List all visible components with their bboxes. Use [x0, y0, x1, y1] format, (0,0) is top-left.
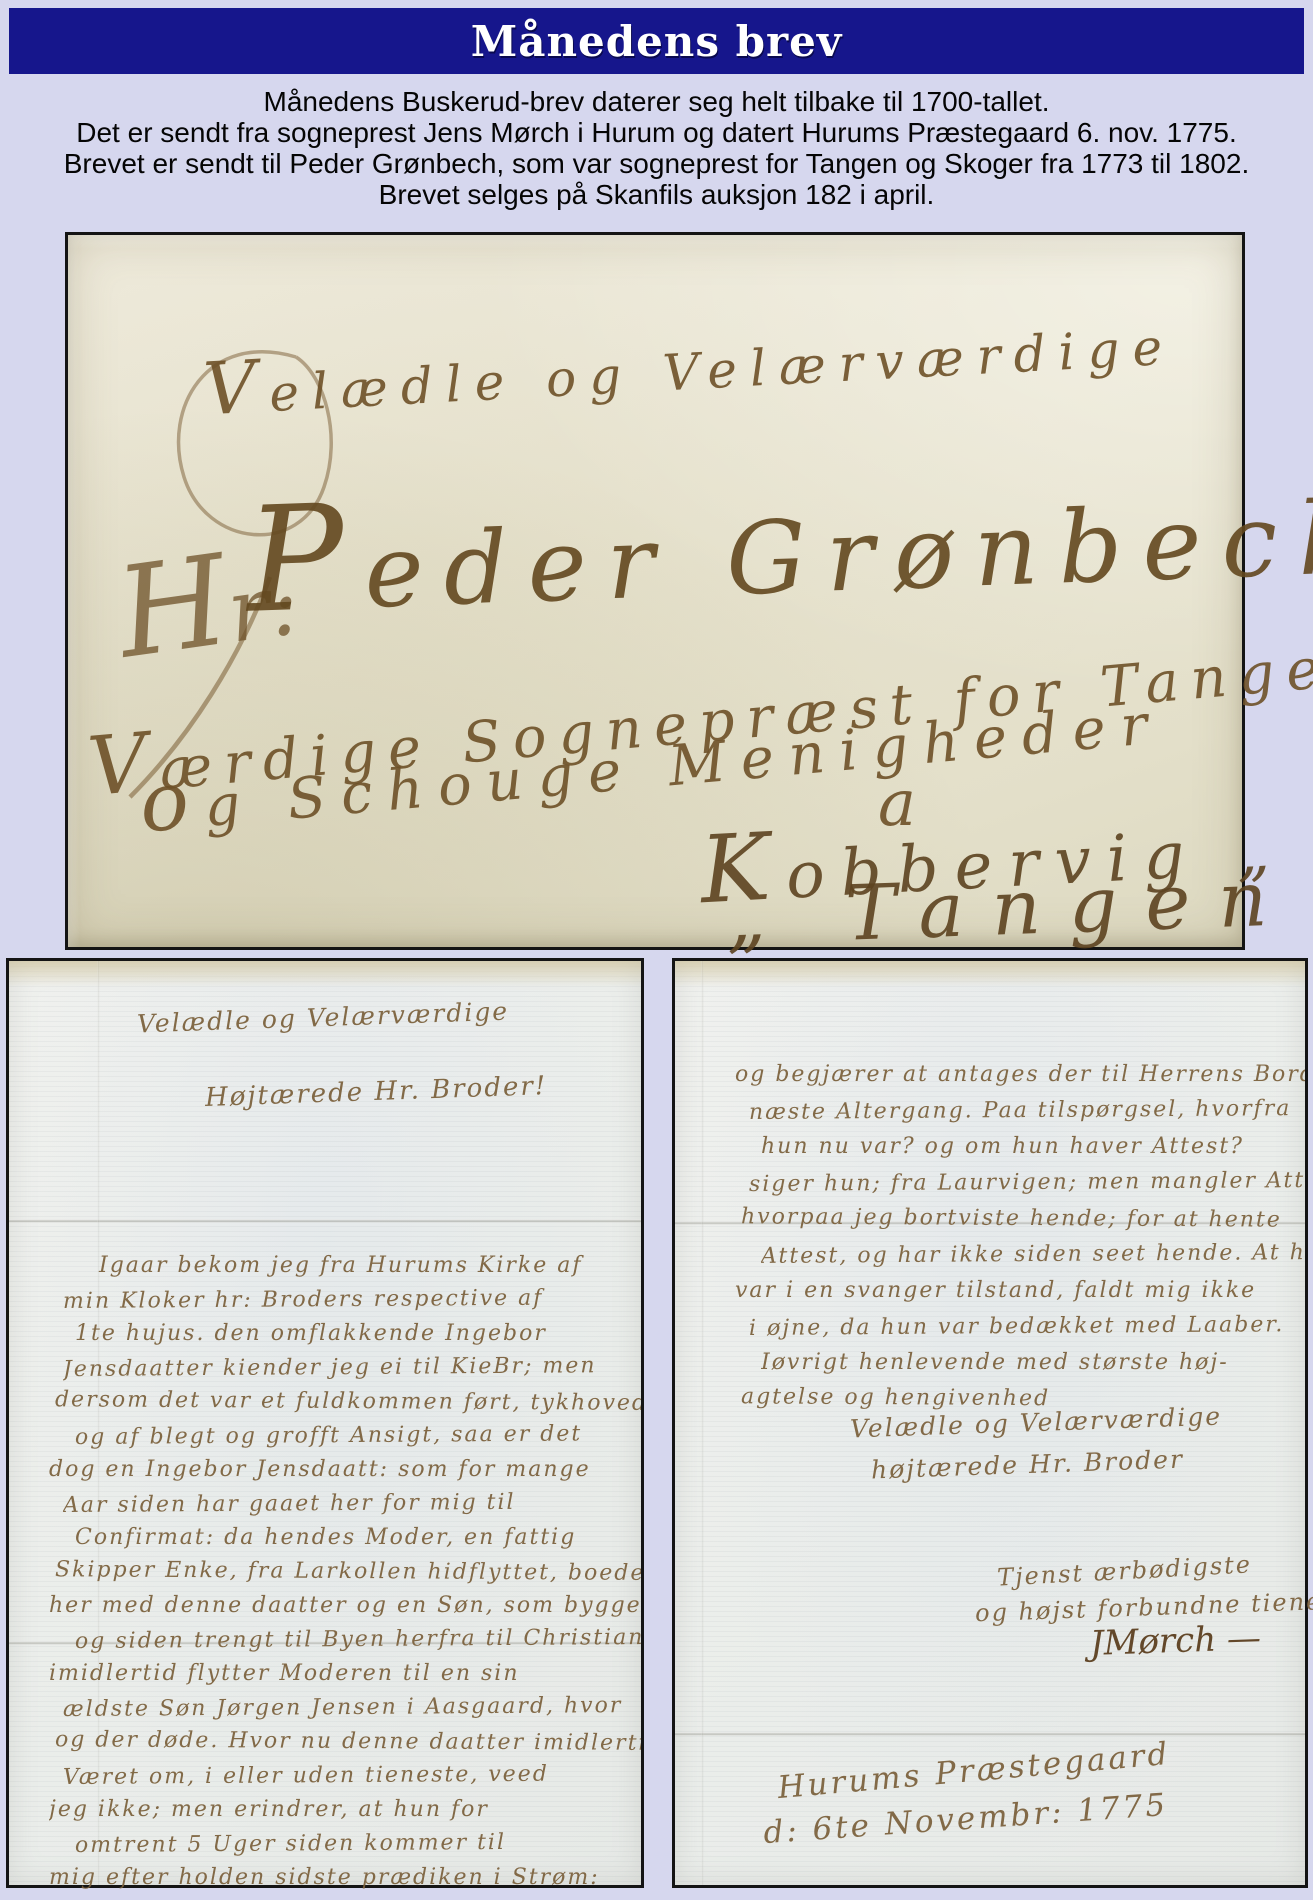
handwriting-line: her med denne daatter og en Søn, som byg…	[49, 1589, 641, 1623]
handwriting-line: Været om, i eller uden tieneste, veed	[63, 1757, 641, 1795]
valediction-line: Tjenst ærbødigste	[996, 1550, 1252, 1591]
handwriting-line: næste Altergang. Paa tilspørgsel, hvorfr…	[749, 1091, 1305, 1131]
page-title: Månedens brev	[471, 17, 842, 66]
handwriting-line: og der døde. Hvor nu denne daatter imidl…	[55, 1723, 641, 1761]
signature: JMørch —	[1089, 1618, 1261, 1664]
handwriting-line: mig efter holden sidste prædiken i Strøm…	[49, 1861, 641, 1895]
handwriting-line: i øjne, da hun var bedækket med Laaber.	[749, 1307, 1305, 1347]
handwriting-line: 1te hujus. den omflakkende Ingebor	[75, 1317, 641, 1351]
handwriting-line: dog en Ingebor Jensdaatt: som for mange	[49, 1453, 641, 1487]
page: Månedens brev Månedens Buskerud-brev dat…	[0, 0, 1313, 1900]
handwriting-line: og begjærer at antages der til Herrens B…	[735, 1057, 1305, 1093]
handwriting-line: Igaar bekom jeg fra Hurums Kirke af	[49, 1249, 641, 1283]
handwriting-line: og siden trengt til Byen herfra til Chri…	[75, 1621, 641, 1659]
intro-line: Det er sendt fra sogneprest Jens Mørch i…	[0, 117, 1313, 148]
handwriting-line: siger hun; fra Laurvigen; men mangler At…	[749, 1163, 1305, 1203]
salutation-line: Velædle og Velærværdige	[137, 997, 510, 1039]
handwriting-line: min Kloker hr: Broders respective af	[63, 1281, 641, 1319]
fold-crease	[9, 1219, 641, 1223]
intro-text: Månedens Buskerud-brev daterer seg helt …	[0, 86, 1313, 210]
envelope-scan: Velædle og Velærværdige Hr: Peder Grønbe…	[65, 232, 1245, 950]
handwriting-line: jeg ikke; men erindrer, at hun for	[49, 1793, 641, 1827]
letter-page-right-scan: og begjærer at antages der til Herrens B…	[672, 958, 1308, 1888]
letter-body-text: og begjærer at antages der til Herrens B…	[735, 1057, 1305, 1417]
handwriting-line: ældste Søn Jørgen Jensen i Aasgaard, hvo…	[63, 1689, 641, 1727]
salutation-line: Højtærede Hr. Broder!	[205, 1071, 548, 1113]
title-bar: Månedens brev	[9, 8, 1304, 74]
fold-crease	[701, 961, 704, 1885]
intro-line: Brevet er sendt til Peder Grønbech, som …	[0, 148, 1313, 179]
handwriting-line: hun nu var? og om hun haver Attest?	[761, 1129, 1305, 1165]
handwriting-line: Confirmat: da hendes Moder, en fattig	[75, 1521, 641, 1555]
fold-crease	[675, 1732, 1305, 1736]
handwriting-line: var i en svanger tilstand, faldt mig ikk…	[735, 1273, 1305, 1309]
handwriting-line: og af blegt og grofft Ansigt, saa er det	[75, 1417, 641, 1455]
closing-salutation-line: højtærede Hr. Broder	[871, 1445, 1185, 1485]
intro-line: Brevet selges på Skanfils auksjon 182 i …	[0, 179, 1313, 210]
letter-body-text: Igaar bekom jeg fra Hurums Kirke afmin K…	[49, 1249, 641, 1895]
letter-page-left-scan: Velædle og Velærværdige Højtærede Hr. Br…	[6, 958, 644, 1888]
handwriting-line: Jensdaatter kiender jeg ei til KieBr; me…	[63, 1349, 641, 1387]
handwriting-line: hvorpaa jeg bortviste hende; for at hent…	[741, 1199, 1305, 1238]
intro-line: Månedens Buskerud-brev daterer seg helt …	[0, 86, 1313, 117]
handwriting-line: imidlertid flytter Moderen til en sin	[49, 1657, 641, 1691]
handwriting-line: Attest, og har ikke siden seet hende. At…	[761, 1235, 1305, 1275]
handwriting-line: Aar siden har gaaet her for mig til	[63, 1485, 641, 1523]
handwriting-line: omtrent 5 Uger siden kommer til	[75, 1825, 641, 1863]
handwriting-line: Skipper Enke, fra Larkollen hidflyttet, …	[55, 1553, 641, 1591]
handwriting-line: Iøvrigt henlevende med største høj-	[761, 1345, 1305, 1381]
handwriting-line: dersom det var et fuldkommen ført, tykho…	[55, 1383, 641, 1421]
